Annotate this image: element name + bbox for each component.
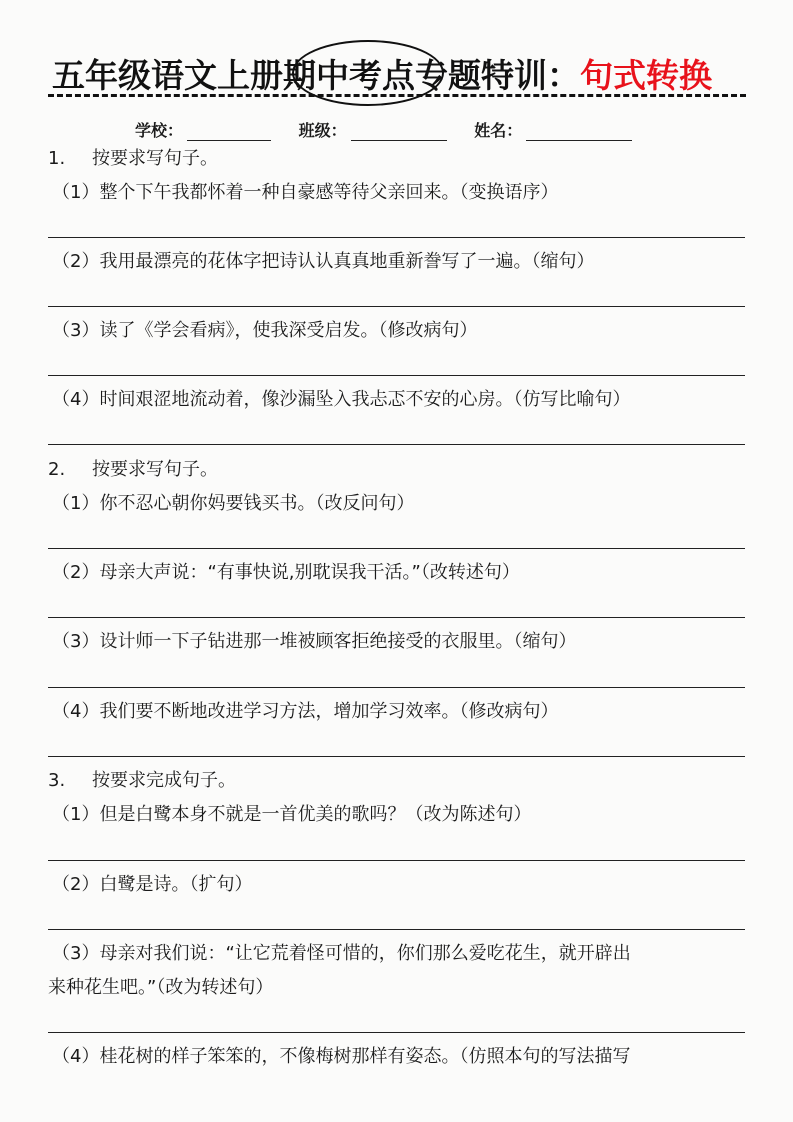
school-label: 学校： (135, 121, 183, 140)
answer-line-1-4[interactable] (48, 444, 745, 445)
answer-line-2-4[interactable] (48, 756, 745, 757)
question-3-2: （2）白鹭是诗。（扩句） (52, 872, 252, 898)
answer-line-2-3[interactable] (48, 687, 745, 688)
question-3-3-continuation: 来种花生吧。”（改为转述句） (48, 975, 273, 1001)
name-blank[interactable] (526, 120, 632, 141)
answer-line-1-3[interactable] (48, 375, 745, 376)
answer-line-3-2[interactable] (48, 929, 745, 930)
answer-line-2-2[interactable] (48, 617, 745, 618)
question-1-2: （2）我用最漂亮的花体字把诗认认真真地重新誊写了一遍。（缩句） (52, 249, 594, 275)
title-accent: 句式转换 (580, 56, 712, 95)
class-field[interactable]: 班级： (299, 118, 447, 141)
answer-line-2-1[interactable] (48, 548, 745, 549)
question-2-4: （4）我们要不断地改进学习方法，增加学习效率。（修改病句） (52, 699, 558, 725)
section-title: 按要求写句子。 (92, 148, 218, 169)
question-1-1: （1）整个下午我都怀着一种自豪感等待父亲回来。（变换语序） (52, 180, 558, 206)
section-title: 按要求写句子。 (92, 459, 218, 480)
answer-line-3-3[interactable] (48, 1032, 745, 1033)
student-info-row: 学校： 班级： 姓名： (135, 118, 654, 141)
section-number: 1. (48, 146, 92, 172)
page-header: 五年级语文上册期中考点专题特训：句式转换 (48, 44, 748, 100)
section-number: 3. (48, 768, 92, 794)
question-1-3: （3）读了《学会看病》，使我深受启发。（修改病句） (52, 318, 477, 344)
class-label: 班级： (299, 121, 347, 140)
answer-line-1-2[interactable] (48, 306, 745, 307)
question-1-4: （4）时间艰涩地流动着，像沙漏坠入我忐忑不安的心房。（仿写比喻句） (52, 387, 630, 413)
answer-line-1-1[interactable] (48, 237, 745, 238)
section-title: 按要求完成句子。 (92, 770, 236, 791)
name-field[interactable]: 姓名： (474, 118, 632, 141)
section-2-heading: 2.按要求写句子。 (48, 457, 218, 483)
title-dashed-divider (48, 94, 746, 97)
section-number: 2. (48, 457, 92, 483)
question-2-2: （2）母亲大声说：“有事快说,别耽误我干活。”（改转述句） (52, 560, 520, 586)
question-3-4: （4）桂花树的样子笨笨的，不像梅树那样有姿态。（仿照本句的写法描写 (52, 1044, 630, 1070)
section-3-heading: 3.按要求完成句子。 (48, 768, 236, 794)
question-3-3: （3）母亲对我们说：“让它荒着怪可惜的，你们那么爱吃花生，就开辟出 (52, 941, 631, 967)
answer-line-3-1[interactable] (48, 860, 745, 861)
section-1-heading: 1.按要求写句子。 (48, 146, 218, 172)
school-blank[interactable] (187, 120, 271, 141)
question-2-1: （1）你不忍心朝你妈要钱买书。（改反问句） (52, 491, 414, 517)
school-field[interactable]: 学校： (135, 118, 271, 141)
name-label: 姓名： (474, 121, 522, 140)
question-3-1: （1）但是白鹭本身不就是一首优美的歌吗？（改为陈述句） (52, 802, 531, 828)
question-2-3: （3）设计师一下子钻进那一堆被顾客拒绝接受的衣服里。（缩句） (52, 629, 576, 655)
class-blank[interactable] (351, 120, 447, 141)
